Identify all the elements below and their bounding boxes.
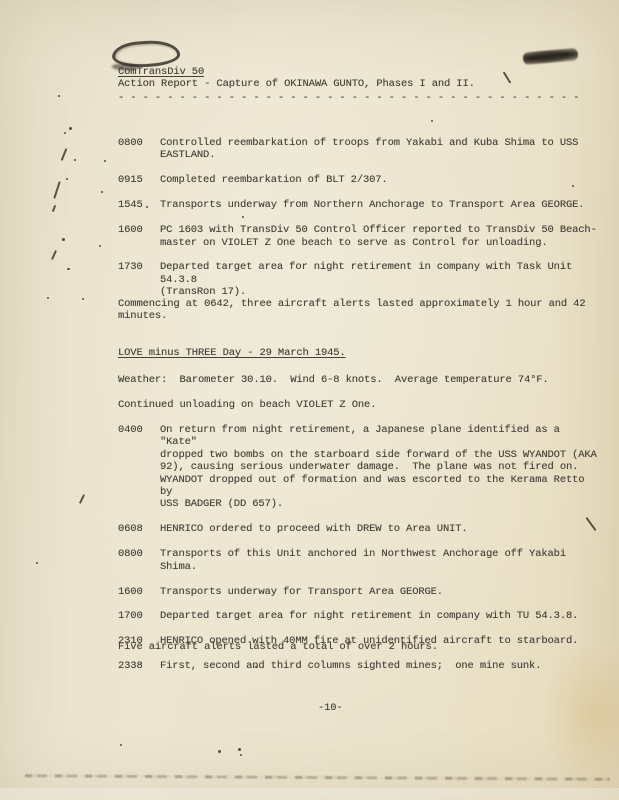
entry-text: PC 1603 with TransDiv 50 Control Officer… bbox=[160, 224, 598, 249]
entry-time: 1730 bbox=[118, 261, 160, 298]
day1-log: 0800 Controlled reembarkation of troops … bbox=[118, 137, 598, 311]
pen-check-mark bbox=[53, 181, 60, 199]
pen-mark bbox=[503, 71, 512, 83]
log-entry: 0915 Completed reembarkation of BLT 2/30… bbox=[118, 174, 598, 186]
paper-speck bbox=[58, 95, 60, 97]
header-divider: - - - - - - - - - - - - - - - - - - - - … bbox=[118, 92, 588, 104]
entry-text: Transports underway from Northern Anchor… bbox=[160, 199, 598, 211]
entry-time: 1545 bbox=[118, 199, 160, 211]
pen-check-mark bbox=[51, 250, 57, 260]
paper-speck bbox=[67, 268, 70, 270]
entry-text: Transports of this Unit anchored in Nort… bbox=[160, 548, 598, 573]
pen-check-mark bbox=[79, 494, 85, 504]
entry-time: 0608 bbox=[118, 523, 160, 535]
paper-speck bbox=[120, 744, 122, 746]
entry-text: First, second and third columns sighted … bbox=[160, 660, 598, 672]
log-entry: 1600 Transports underway for Transport A… bbox=[118, 586, 598, 598]
paper-speck bbox=[104, 160, 106, 162]
paper-speck bbox=[218, 750, 221, 753]
paper-speck bbox=[66, 178, 68, 180]
paper-speck bbox=[69, 127, 72, 130]
log-entry: 0400 On return from night retirement, a … bbox=[118, 424, 598, 511]
paper-speck bbox=[82, 298, 84, 300]
paper-speck bbox=[62, 238, 65, 241]
entry-time: 2338 bbox=[118, 660, 160, 672]
entry-text: Departed target area for night retiremen… bbox=[160, 610, 598, 622]
pen-check-mark bbox=[52, 205, 56, 212]
paper-speck bbox=[47, 297, 49, 299]
paper-speck bbox=[64, 132, 66, 134]
entry-time: 1600 bbox=[118, 586, 160, 598]
entry-text: Controlled reembarkation of troops from … bbox=[160, 137, 598, 162]
entry-text: Transports underway for Transport Area G… bbox=[160, 586, 598, 598]
paper-speck bbox=[101, 191, 103, 193]
log-entry: 2338 First, second and third columns sig… bbox=[118, 660, 598, 672]
paper-speck bbox=[240, 754, 242, 756]
entry-time: 0800 bbox=[118, 137, 160, 162]
document-header: ComTransDiv 50 Action Report - Capture o… bbox=[118, 66, 475, 91]
log-entry: 1730 Departed target area for night reti… bbox=[118, 261, 598, 298]
log-entry: 0800 Controlled reembarkation of troops … bbox=[118, 137, 598, 162]
entry-time: 1700 bbox=[118, 610, 160, 622]
log-entry: 1700 Departed target area for night reti… bbox=[118, 610, 598, 622]
scanned-document-page: ComTransDiv 50 Action Report - Capture o… bbox=[0, 0, 619, 800]
log-entry: 1545 Transports underway from Northern A… bbox=[118, 199, 598, 211]
paper-speck bbox=[36, 562, 38, 564]
entry-time: 1600 bbox=[118, 224, 160, 249]
paper-speck bbox=[99, 245, 101, 247]
log-entry: 1600 PC 1603 with TransDiv 50 Control Of… bbox=[118, 224, 598, 249]
log-entry: 0608 HENRICO ordered to proceed with DRE… bbox=[118, 523, 598, 535]
paper-speck bbox=[431, 120, 433, 122]
day1-summary: Commencing at 0642, three aircraft alert… bbox=[118, 298, 608, 323]
entry-time: 0400 bbox=[118, 424, 160, 511]
header-unit: ComTransDiv 50 bbox=[118, 66, 475, 78]
entry-text: Departed target area for night retiremen… bbox=[160, 261, 598, 298]
entry-time: 0800 bbox=[118, 548, 160, 573]
ink-smudge-top-right bbox=[523, 48, 579, 66]
paper-edge-line bbox=[25, 774, 610, 781]
paper-speck bbox=[238, 748, 241, 751]
intro-line: Continued unloading on beach VIOLET Z On… bbox=[118, 399, 608, 411]
pen-check-mark bbox=[61, 148, 68, 161]
entry-text: HENRICO ordered to proceed with DREW to … bbox=[160, 523, 598, 535]
paper-speck bbox=[74, 159, 76, 161]
paper-edge-highlight bbox=[0, 788, 619, 800]
header-title: Action Report - Capture of OKINAWA GUNTO… bbox=[118, 78, 475, 90]
weather-line: Weather: Barometer 30.10. Wind 6-8 knots… bbox=[118, 374, 608, 386]
ink-stamp-smudge bbox=[111, 39, 181, 70]
day2-summary: Five aircraft alerts lasted a total of o… bbox=[118, 641, 608, 653]
page-number: -10- bbox=[318, 702, 343, 714]
entry-time: 0915 bbox=[118, 174, 160, 186]
day2-heading: LOVE minus THREE Day - 29 March 1945. bbox=[118, 347, 346, 359]
log-entry: 0800 Transports of this Unit anchored in… bbox=[118, 548, 598, 573]
entry-text: Completed reembarkation of BLT 2/307. bbox=[160, 174, 598, 186]
entry-text: On return from night retirement, a Japan… bbox=[160, 424, 598, 511]
